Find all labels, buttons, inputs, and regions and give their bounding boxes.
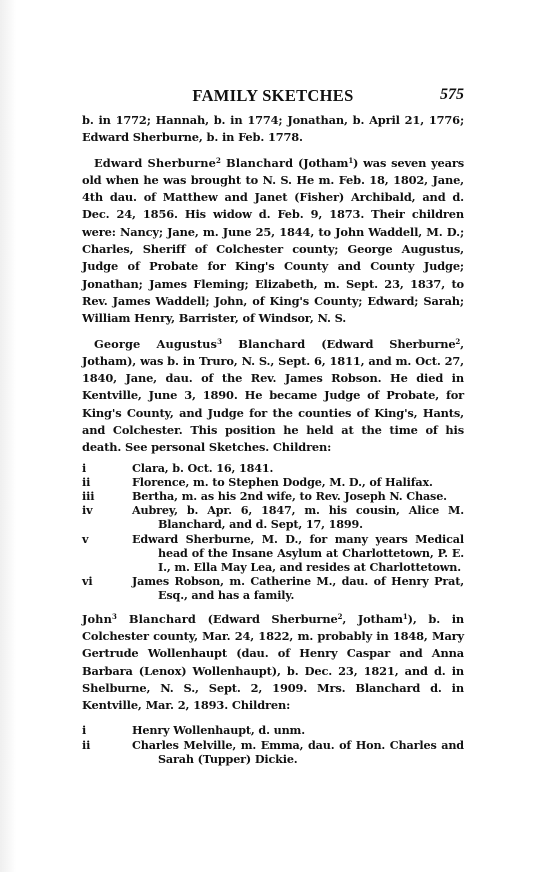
list-item: viJames Robson, m. Catherine M., dau. of… [82, 574, 464, 602]
entry-parentage: (Jotham1) [293, 156, 358, 170]
list-item: ivAubrey, b. Apr. 6, 1847, m. his cousin… [82, 503, 464, 531]
child-number: i [82, 723, 106, 737]
entry-name: George Augustus3 Blanchard [94, 337, 305, 351]
child-number: iv [82, 503, 106, 531]
child-text: Florence, m. to Stephen Dodge, M. D., of… [132, 475, 464, 489]
entry-body: was seven years old when he was brought … [82, 156, 464, 326]
child-text: James Robson, m. Catherine M., dau. of H… [132, 574, 464, 602]
child-number: iii [82, 489, 106, 503]
page-number: 575 [440, 86, 464, 104]
child-number: vi [82, 574, 106, 602]
running-title: FAMILY SKETCHES [82, 86, 464, 106]
entry-body: was b. in Truro, N. S., Sept. 6, 1811, a… [82, 354, 464, 454]
list-item: iHenry Wollenhaupt, d. unm. [82, 723, 464, 737]
child-text: Henry Wollenhaupt, d. unm. [132, 723, 464, 737]
book-page: FAMILY SKETCHES 575 b. in 1772; Hannah, … [82, 86, 464, 770]
running-head: FAMILY SKETCHES 575 [82, 86, 464, 108]
child-number: i [82, 461, 106, 475]
list-item: iiFlorence, m. to Stephen Dodge, M. D., … [82, 475, 464, 489]
list-item: iiCharles Melville, m. Emma, dau. of Hon… [82, 738, 464, 766]
child-text: Charles Melville, m. Emma, dau. of Hon. … [132, 738, 464, 766]
intro-paragraph: b. in 1772; Hannah, b. in 1774; Jonathan… [82, 112, 464, 147]
entry-parentage: (Edward Sherburne2, Jotham1), [196, 612, 417, 626]
entry-name: John3 Blanchard [82, 612, 196, 626]
scan-edge-shadow [0, 0, 16, 872]
children-list-john: iHenry Wollenhaupt, d. unm. iiCharles Me… [82, 723, 464, 766]
child-text: Clara, b. Oct. 16, 1841. [132, 461, 464, 475]
entry-john: John3 Blanchard (Edward Sherburne2, Joth… [82, 611, 464, 715]
entry-name: Edward Sherburne2 Blanchard [94, 156, 293, 170]
child-text: Bertha, m. as his 2nd wife, to Rev. Jose… [132, 489, 464, 503]
entry-edward-sherburne: Edward Sherburne2 Blanchard (Jotham1) wa… [82, 155, 464, 328]
list-item: iiiBertha, m. as his 2nd wife, to Rev. J… [82, 489, 464, 503]
entry-george-augustus: George Augustus3 Blanchard (Edward Sherb… [82, 336, 464, 457]
child-number: ii [82, 738, 106, 766]
child-number: ii [82, 475, 106, 489]
children-list-george: iClara, b. Oct. 16, 1841. iiFlorence, m.… [82, 461, 464, 603]
child-text: Edward Sherburne, M. D., for many years … [132, 532, 464, 575]
list-item: vEdward Sherburne, M. D., for many years… [82, 532, 464, 575]
child-text: Aubrey, b. Apr. 6, 1847, m. his cousin, … [132, 503, 464, 531]
child-number: v [82, 532, 106, 575]
list-item: iClara, b. Oct. 16, 1841. [82, 461, 464, 475]
entry-body: b. in Colchester county, Mar. 24, 1822, … [82, 612, 464, 712]
